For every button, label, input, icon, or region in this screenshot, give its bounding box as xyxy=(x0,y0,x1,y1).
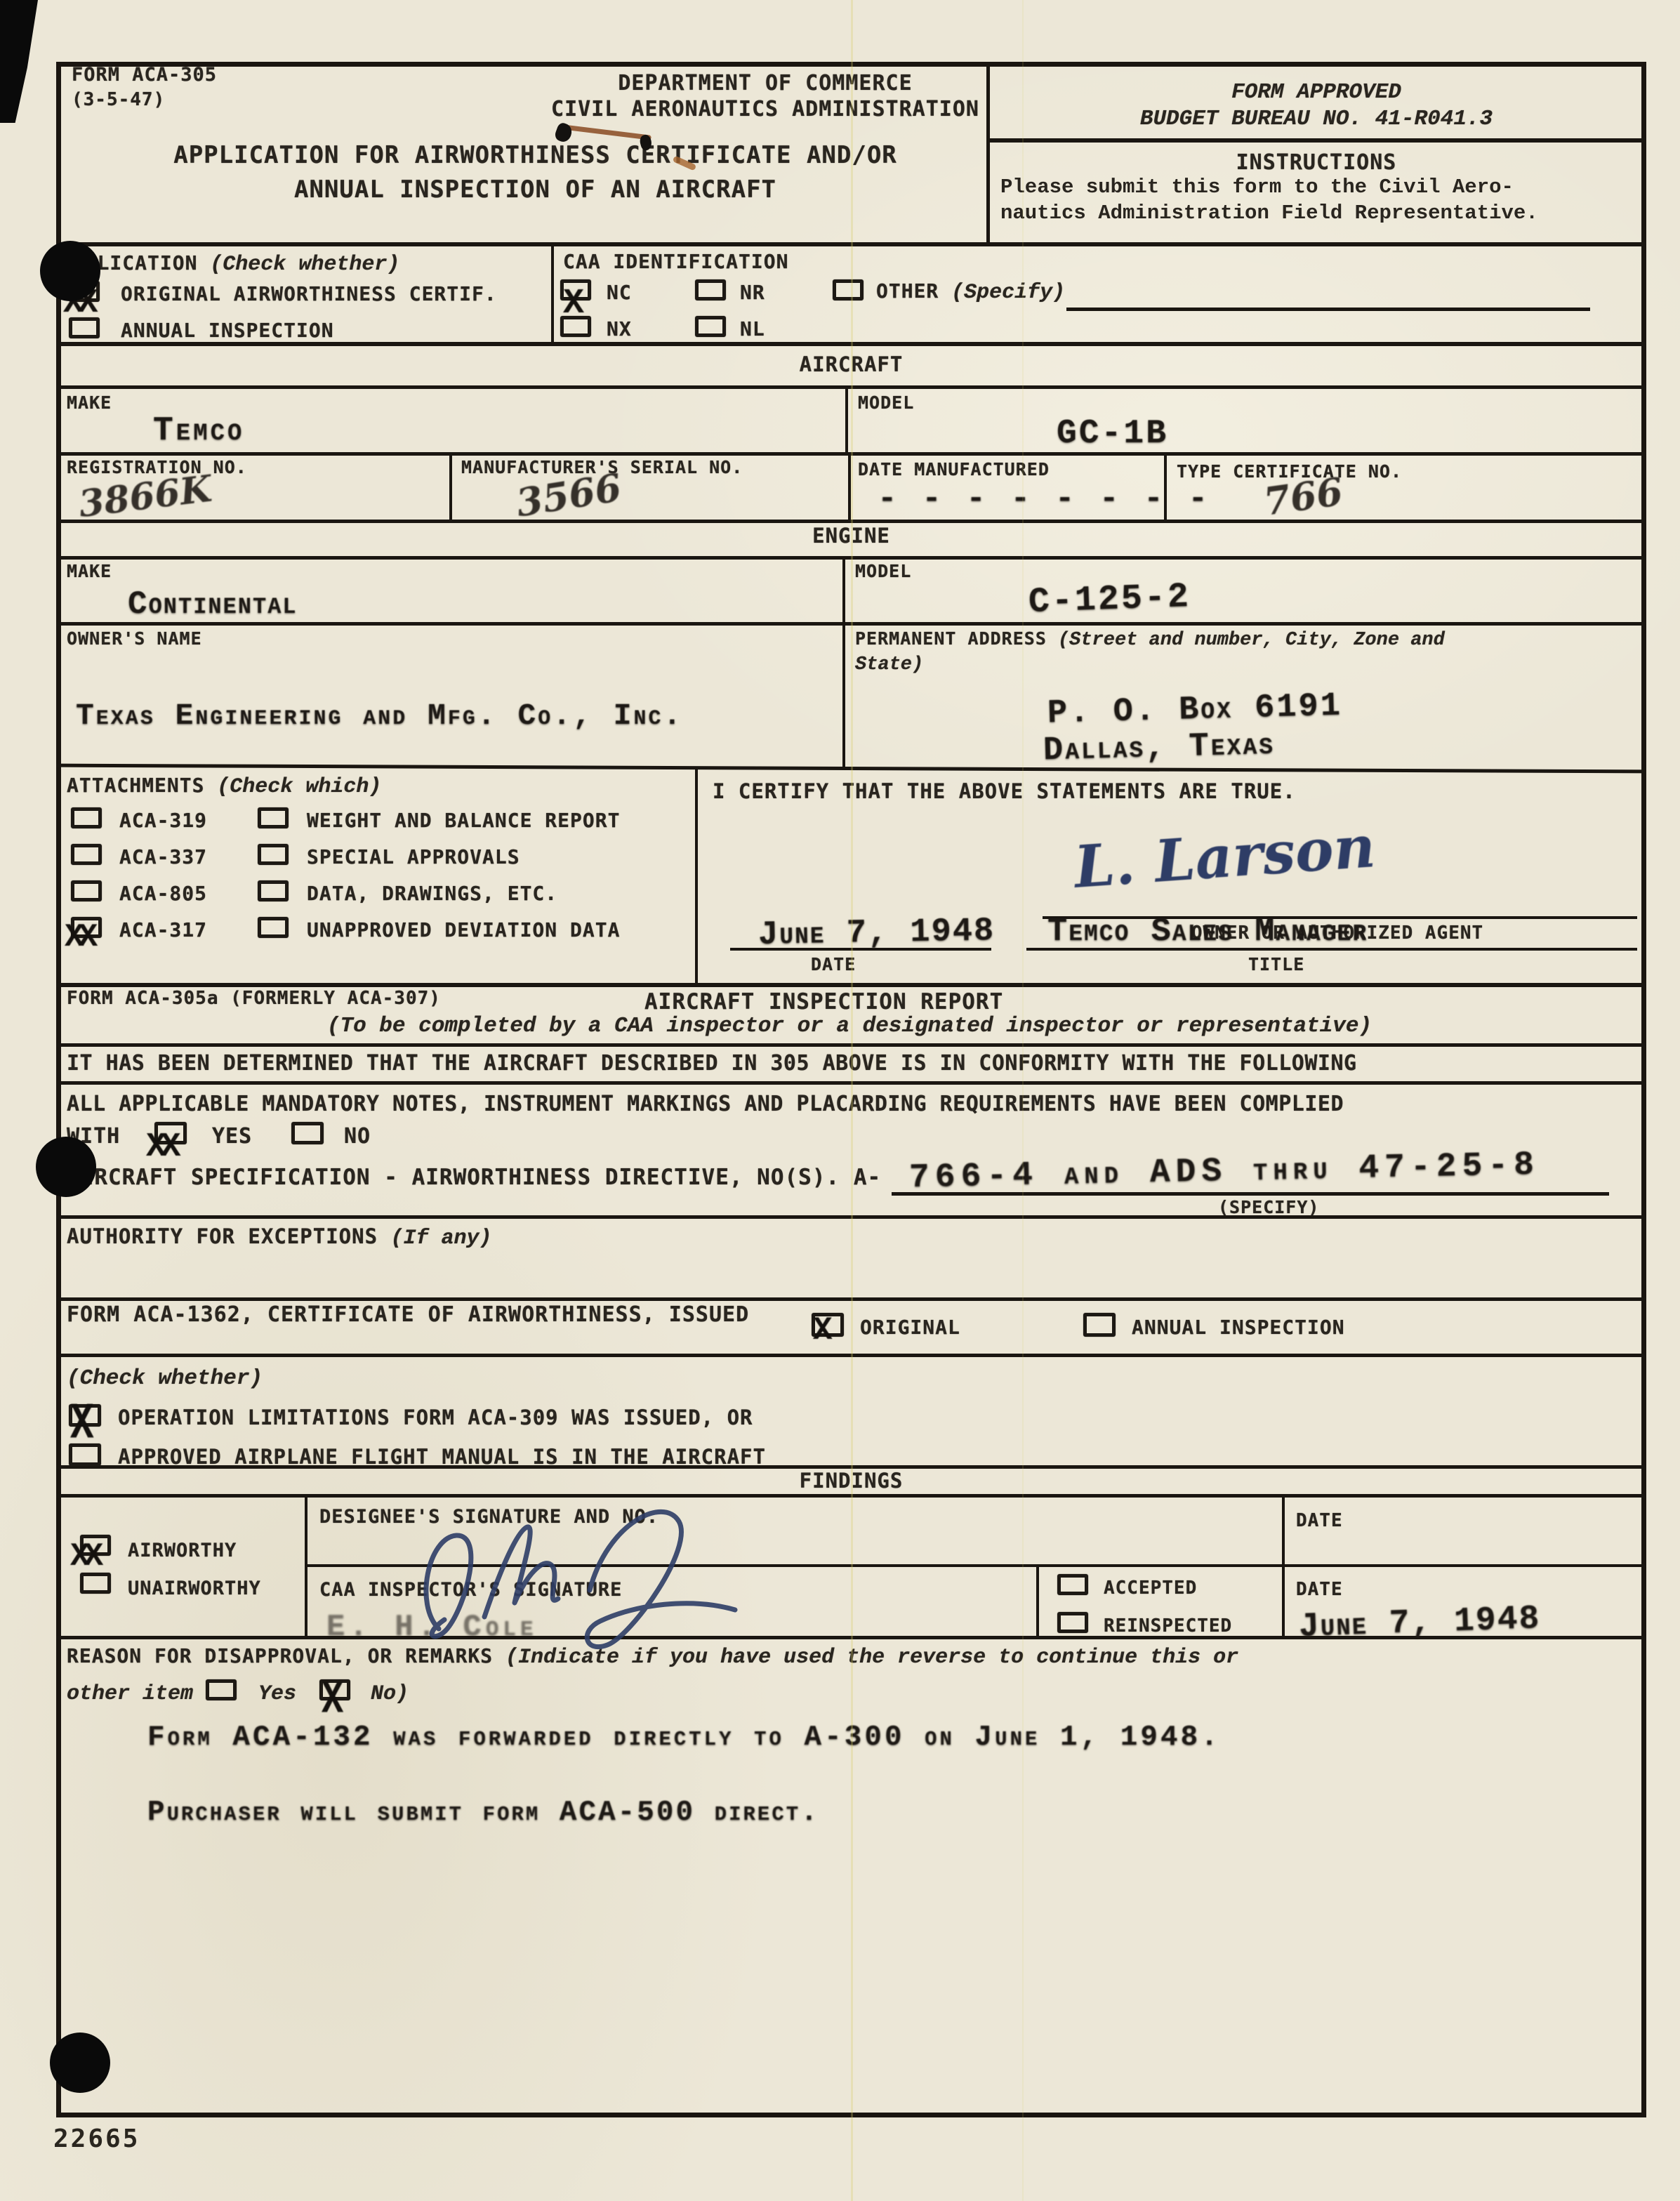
owner-address-line2: Dallas, Texas xyxy=(1043,729,1275,768)
checkbox-other[interactable] xyxy=(833,279,864,300)
inspector-signature[interactable] xyxy=(390,1492,797,1653)
checkbox-nl[interactable] xyxy=(695,316,726,337)
aircraft-model-value: GC-1B xyxy=(1057,417,1168,451)
application-label-italic: (Check whether) xyxy=(210,253,399,277)
certification-title-value: Temco Sales Manager xyxy=(1047,916,1368,949)
certify-statement: I CERTIFY THAT THE ABOVE STATEMENTS ARE … xyxy=(713,781,1296,803)
airworthy-label: AIRWORTHY xyxy=(128,1540,237,1561)
page-serial-number: 22665 xyxy=(53,2124,140,2153)
divider xyxy=(845,385,848,452)
inspection-report-title: AIRCRAFT INSPECTION REPORT xyxy=(644,990,1003,1014)
paper-fold-line xyxy=(1022,0,1024,2201)
scanned-form-page: FORM ACA-305 (3-5-47) DEPARTMENT OF COMM… xyxy=(0,0,1680,2201)
certification-date-line xyxy=(730,948,991,951)
aca-1362-statement: FORM ACA-1362, CERTIFICATE OF AIRWORTHIN… xyxy=(67,1303,749,1326)
attachments-label: ATTACHMENTS (Check which) xyxy=(67,775,381,799)
complied-yes-label: YES xyxy=(212,1125,252,1148)
checkmark-operation-limitations: X xyxy=(70,1399,88,1450)
permanent-address-label-text: PERMANENT ADDRESS xyxy=(855,628,1058,649)
instructions-title: INSTRUCTIONS xyxy=(1053,151,1580,174)
reinspected-label: REINSPECTED xyxy=(1104,1616,1232,1637)
instructions-text-line1: Please submit this form to the Civil Aer… xyxy=(1000,176,1514,199)
aircraft-make-value: Temco xyxy=(153,414,244,448)
date-manufactured-label: DATE MANUFACTURED xyxy=(858,460,1050,480)
divider xyxy=(695,767,698,984)
checkbox-aca-319[interactable] xyxy=(71,807,102,828)
checkbox-nx[interactable] xyxy=(560,316,591,337)
aca-319-label: ACA-319 xyxy=(119,810,207,832)
divider xyxy=(449,452,452,520)
checkbox-reinspected[interactable] xyxy=(1057,1612,1088,1633)
certification-title-line xyxy=(1026,948,1637,951)
caa-identification-label: CAA IDENTIFICATION xyxy=(563,251,788,273)
checkbox-weight-balance[interactable] xyxy=(258,807,289,828)
checkmark-complied-yes: XX xyxy=(146,1130,176,1164)
scan-corner-artifact xyxy=(0,0,38,123)
certification-date-caption: DATE xyxy=(811,955,856,974)
other-label-italic: (Specify) xyxy=(951,281,1065,305)
page-title-line2: ANNUAL INSPECTION OF AN AIRCRAFT xyxy=(126,177,944,203)
checkbox-aca-805[interactable] xyxy=(71,880,102,901)
nc-label: NC xyxy=(607,282,632,304)
complied-no-label: NO xyxy=(344,1125,371,1148)
findings-date-value: June 7, 1948 xyxy=(1298,1602,1541,1644)
complied-statement: ALL APPLICABLE MANDATORY NOTES, INSTRUME… xyxy=(67,1092,1344,1116)
determined-statement: IT HAS BEEN DETERMINED THAT THE AIRCRAFT… xyxy=(67,1052,1357,1075)
budget-bureau-number: BUDGET BUREAU NO. 41-R041.3 xyxy=(1053,107,1580,131)
form-revision-date: (3-5-47) xyxy=(72,90,165,110)
checkbox-aca-337[interactable] xyxy=(71,844,102,865)
remarks-line1: Form ACA-132 was forwarded directly to A… xyxy=(147,1724,1221,1752)
form-305a-line: FORM ACA-305a (FORMERLY ACA-307) xyxy=(67,989,441,1009)
checkbox-unapproved-deviation[interactable] xyxy=(258,917,289,938)
checkbox-nr[interactable] xyxy=(695,279,726,300)
checkmark-reverse-no: X xyxy=(322,1678,338,1724)
specify-caption: (SPECIFY) xyxy=(1218,1198,1319,1217)
special-approvals-label: SPECIAL APPROVALS xyxy=(307,847,520,868)
designee-date-label: DATE xyxy=(1296,1511,1343,1531)
permanent-address-italic2: State) xyxy=(855,654,923,675)
spec-directive-line xyxy=(892,1192,1609,1196)
instructions-text-line2: nautics Administration Field Representat… xyxy=(1000,201,1538,225)
date-manufactured-value: - - - - - - - - xyxy=(878,483,1210,515)
checkbox-accepted[interactable] xyxy=(1057,1574,1088,1595)
operation-limitations-label: OPERATION LIMITATIONS FORM ACA-309 WAS I… xyxy=(118,1407,753,1429)
authority-exceptions-italic: (If any) xyxy=(391,1227,492,1250)
checkbox-data-drawings[interactable] xyxy=(258,880,289,901)
check-whether-caption: (Check whether) xyxy=(67,1366,263,1391)
checkbox-complied-no[interactable] xyxy=(291,1122,324,1144)
reverse-no-label: No) xyxy=(371,1682,409,1706)
form-number: FORM ACA-305 xyxy=(72,65,217,86)
spec-directive-statement: AIRCRAFT SPECIFICATION - AIRWORTHINESS D… xyxy=(67,1165,881,1189)
certification-date-value: June 7, 1948 xyxy=(758,915,996,952)
other-label-text: OTHER xyxy=(876,279,951,303)
data-drawings-label: DATA, DRAWINGS, ETC. xyxy=(307,883,557,905)
nx-label: NX xyxy=(607,319,632,341)
nl-label: NL xyxy=(740,319,765,341)
engine-model-value: C-125-2 xyxy=(1028,580,1191,621)
application-label: APPLICATION (Check whether) xyxy=(60,253,399,277)
divider xyxy=(842,556,845,623)
administration-line: CIVIL AERONAUTICS ADMINISTRATION xyxy=(491,98,1039,121)
divider xyxy=(986,138,1646,143)
nr-label: NR xyxy=(740,282,765,304)
permanent-address-label: PERMANENT ADDRESS (Street and number, Ci… xyxy=(855,629,1445,651)
checkmark-airworthy: XX xyxy=(70,1540,98,1573)
findings-date-label: DATE xyxy=(1296,1580,1343,1600)
aircraft-model-label: MODEL xyxy=(858,393,914,413)
original-airworthiness-label: ORIGINAL AIRWORTHINESS CERTIF. xyxy=(121,284,497,305)
permanent-address-italic1: (Street and number, City, Zone and xyxy=(1058,630,1445,651)
other-label: OTHER (Specify) xyxy=(876,281,1065,305)
divider xyxy=(1036,1564,1039,1637)
engine-make-value: Continental xyxy=(128,588,298,621)
remarks-line2: Purchaser will submit form ACA-500 direc… xyxy=(147,1799,820,1827)
attachments-label-italic: (Check which) xyxy=(217,775,381,799)
engine-make-label: MAKE xyxy=(67,562,112,581)
owner-name-label: OWNER'S NAME xyxy=(67,629,202,649)
type-certificate-value: 766 xyxy=(1262,472,1345,520)
flight-manual-label: APPROVED AIRPLANE FLIGHT MANUAL IS IN TH… xyxy=(118,1446,766,1469)
annual-inspection-label: ANNUAL INSPECTION xyxy=(121,320,334,342)
certification-title-caption: TITLE xyxy=(1248,955,1304,974)
authority-exceptions-label: AUTHORITY FOR EXCEPTIONS (If any) xyxy=(67,1226,492,1250)
owner-address-line1: P. O. Box 6191 xyxy=(1047,690,1342,731)
checkbox-unairworthy[interactable] xyxy=(80,1573,111,1594)
unapproved-deviation-label: UNAPPROVED DEVIATION DATA xyxy=(307,920,620,941)
owner-name-value: Texas Engineering and Mfg. Co., Inc. xyxy=(76,701,683,731)
divider xyxy=(551,242,554,342)
remarks-other-item-label: other item xyxy=(67,1682,193,1706)
checkbox-issued-annual[interactable] xyxy=(1083,1313,1116,1337)
authority-exceptions-text: AUTHORITY FOR EXCEPTIONS xyxy=(67,1224,391,1248)
checkmark-issued-original: X xyxy=(813,1314,827,1347)
aca-805-label: ACA-805 xyxy=(119,883,207,905)
attachments-label-text: ATTACHMENTS xyxy=(67,774,217,797)
aca-337-label: ACA-337 xyxy=(119,847,207,868)
hole-punch-middle xyxy=(36,1137,96,1197)
hole-punch-bottom xyxy=(50,2033,110,2093)
checkbox-special-approvals[interactable] xyxy=(258,844,289,865)
hole-punch-top xyxy=(40,241,100,301)
divider xyxy=(1282,1494,1285,1637)
checkbox-annual-inspection[interactable] xyxy=(69,317,100,338)
accepted-label: ACCEPTED xyxy=(1104,1578,1197,1599)
aca-317-label: ACA-317 xyxy=(119,920,207,941)
divider xyxy=(842,622,845,767)
checkmark-aca-317: XX xyxy=(65,921,92,953)
unairworthy-label: UNAIRWORTHY xyxy=(128,1578,261,1599)
aircraft-make-label: MAKE xyxy=(67,393,112,413)
page-title-line1: APPLICATION FOR AIRWORTHINESS CERTIFICAT… xyxy=(126,143,944,168)
weight-balance-label: WEIGHT AND BALANCE REPORT xyxy=(307,810,620,832)
paper-fold-line xyxy=(851,0,853,2201)
other-specify-field[interactable] xyxy=(1066,308,1590,311)
engine-model-label: MODEL xyxy=(855,562,911,581)
reverse-yes-label: Yes xyxy=(258,1682,296,1706)
issued-annual-label: ANNUAL INSPECTION xyxy=(1132,1317,1345,1339)
checkbox-reverse-yes[interactable] xyxy=(206,1679,237,1700)
department-line: DEPARTMENT OF COMMERCE xyxy=(491,72,1039,95)
form-approved-line: FORM APPROVED xyxy=(1053,80,1580,105)
issued-original-label: ORIGINAL xyxy=(860,1317,960,1339)
checkbox-flight-manual[interactable] xyxy=(69,1443,101,1466)
inspection-report-subtitle: (To be completed by a CAA inspector or a… xyxy=(204,1014,1495,1038)
